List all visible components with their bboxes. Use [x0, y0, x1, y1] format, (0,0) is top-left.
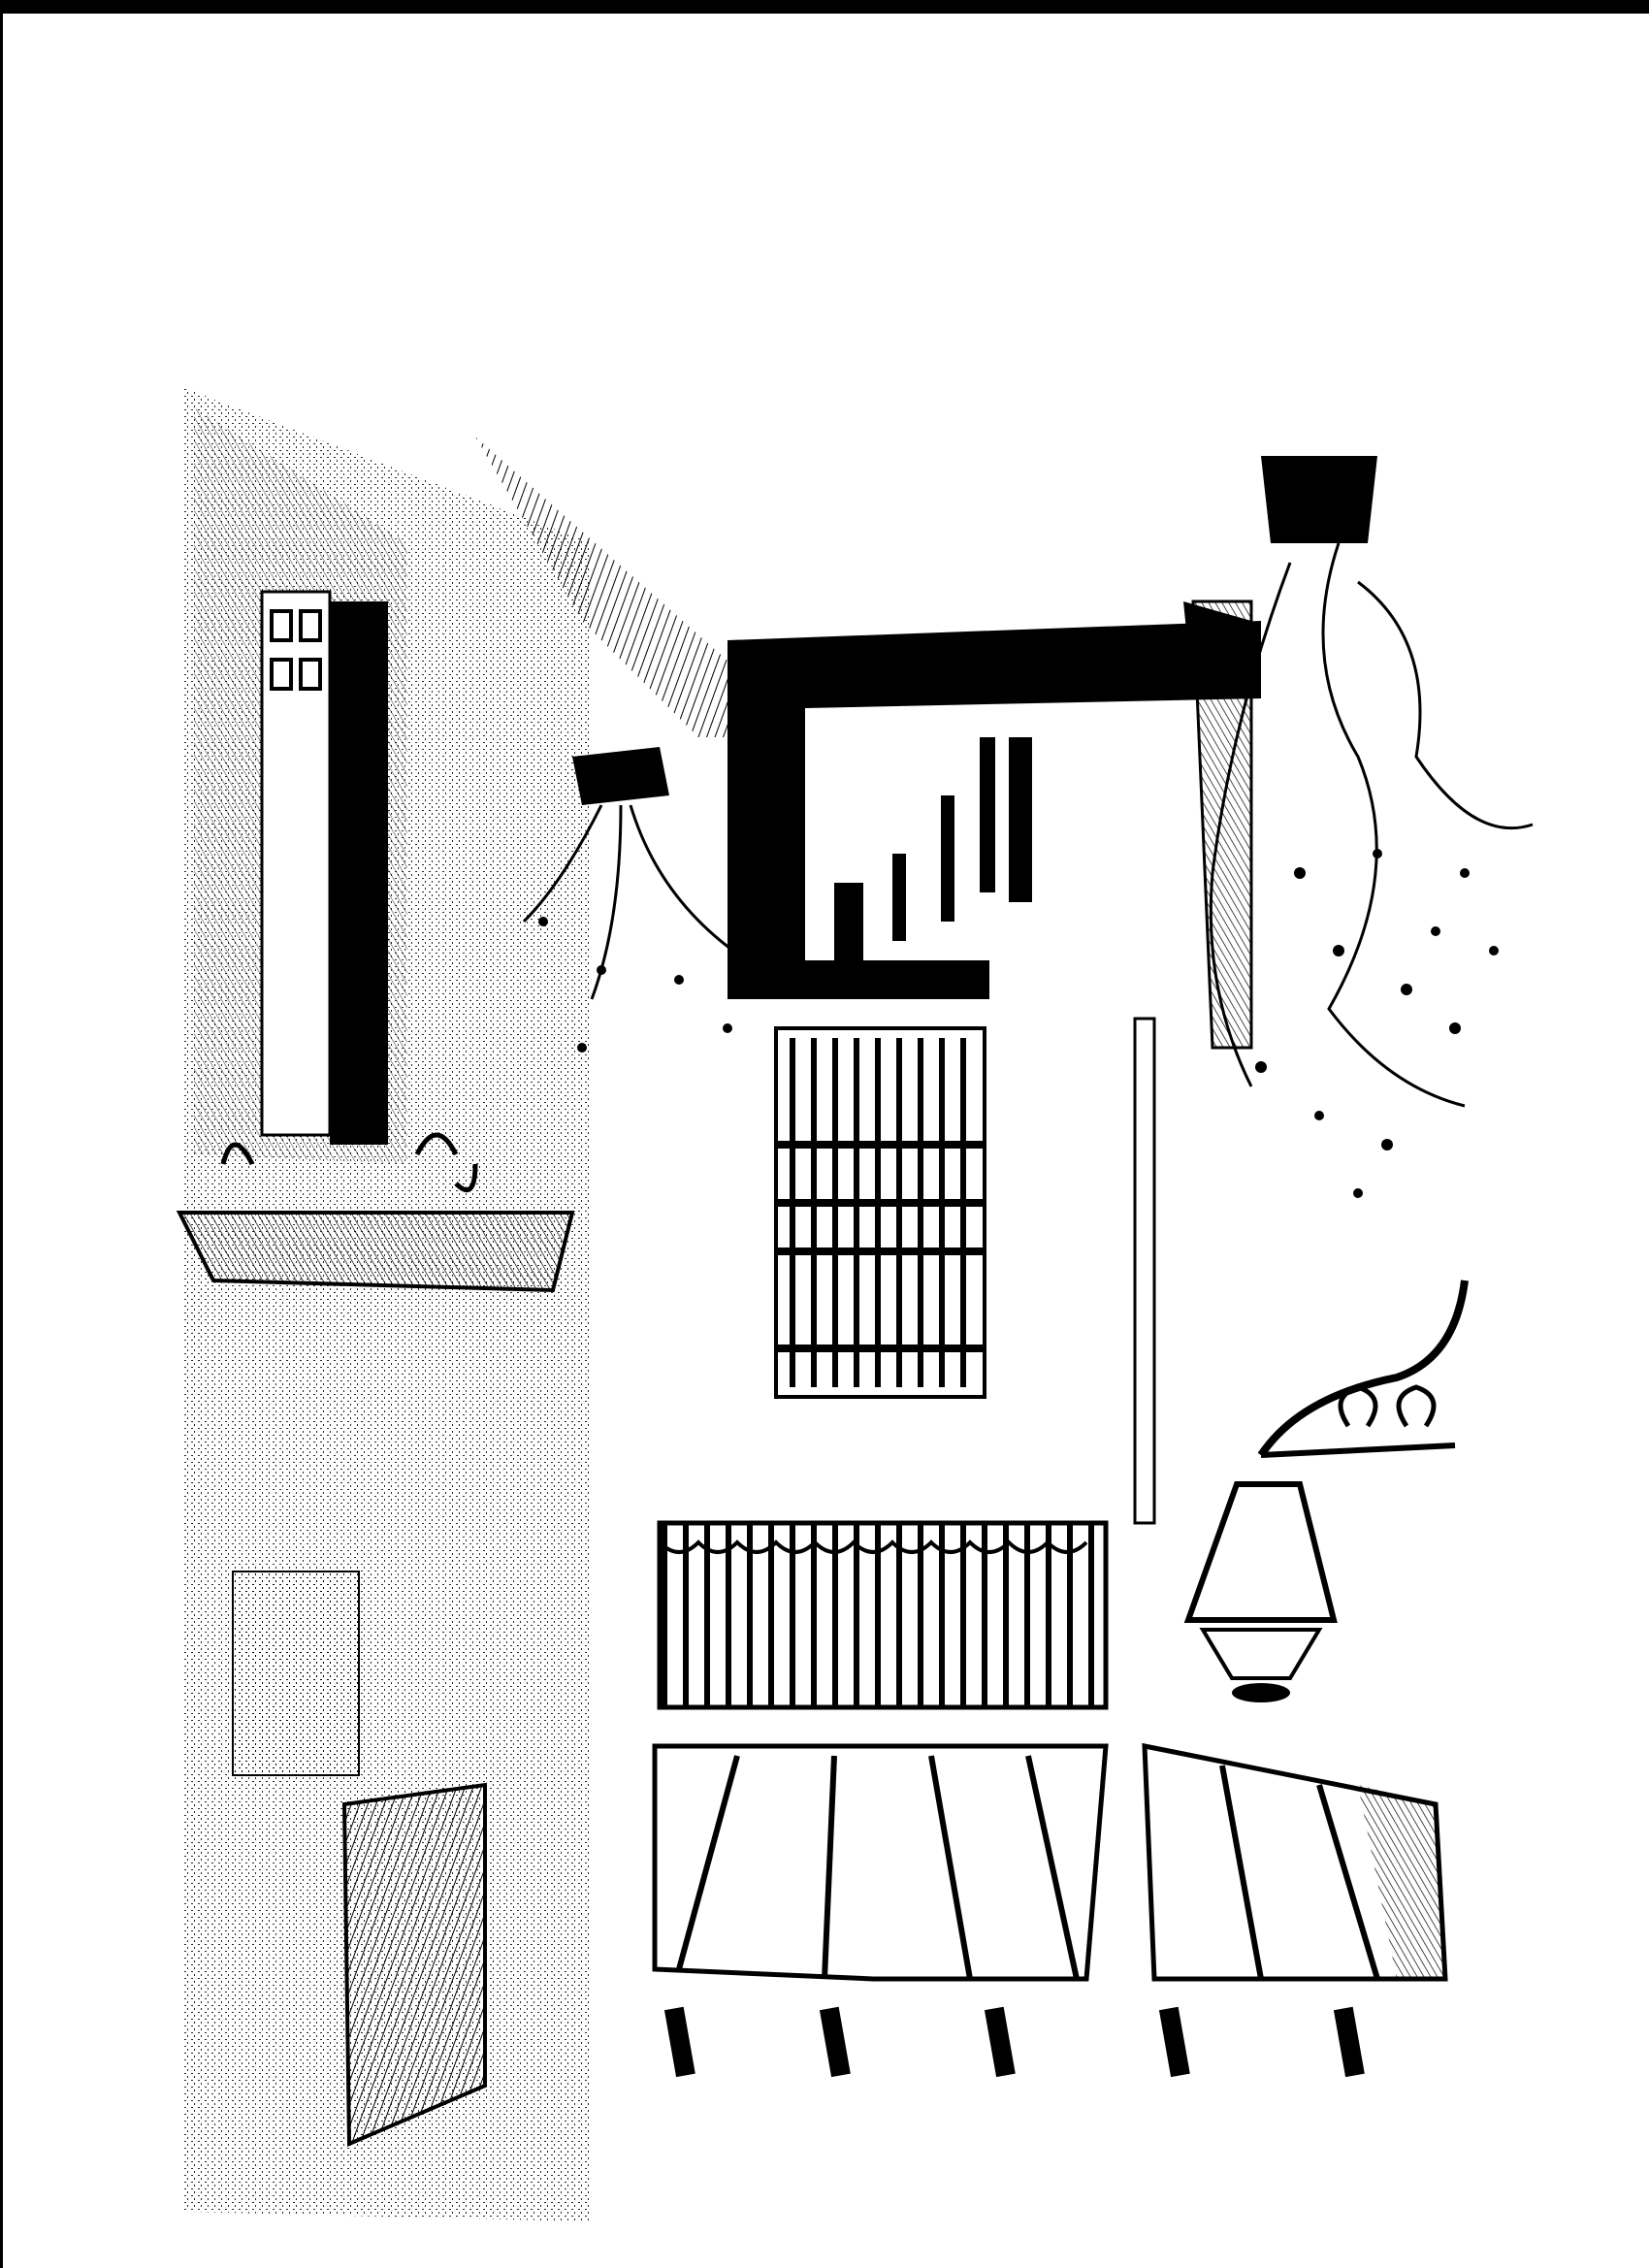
overhead-arch [727, 601, 1261, 999]
downpipe [1135, 1019, 1154, 1523]
awning-left [655, 1746, 1106, 1979]
street-lantern [1188, 1280, 1465, 1702]
center-window [776, 1028, 985, 1397]
sketch-artwork [0, 0, 1649, 2268]
right-pillar [1193, 456, 1533, 1198]
awning-right [1145, 1746, 1445, 1979]
roof-beams [664, 2007, 1365, 2077]
balcony-railing [660, 1523, 1106, 1707]
